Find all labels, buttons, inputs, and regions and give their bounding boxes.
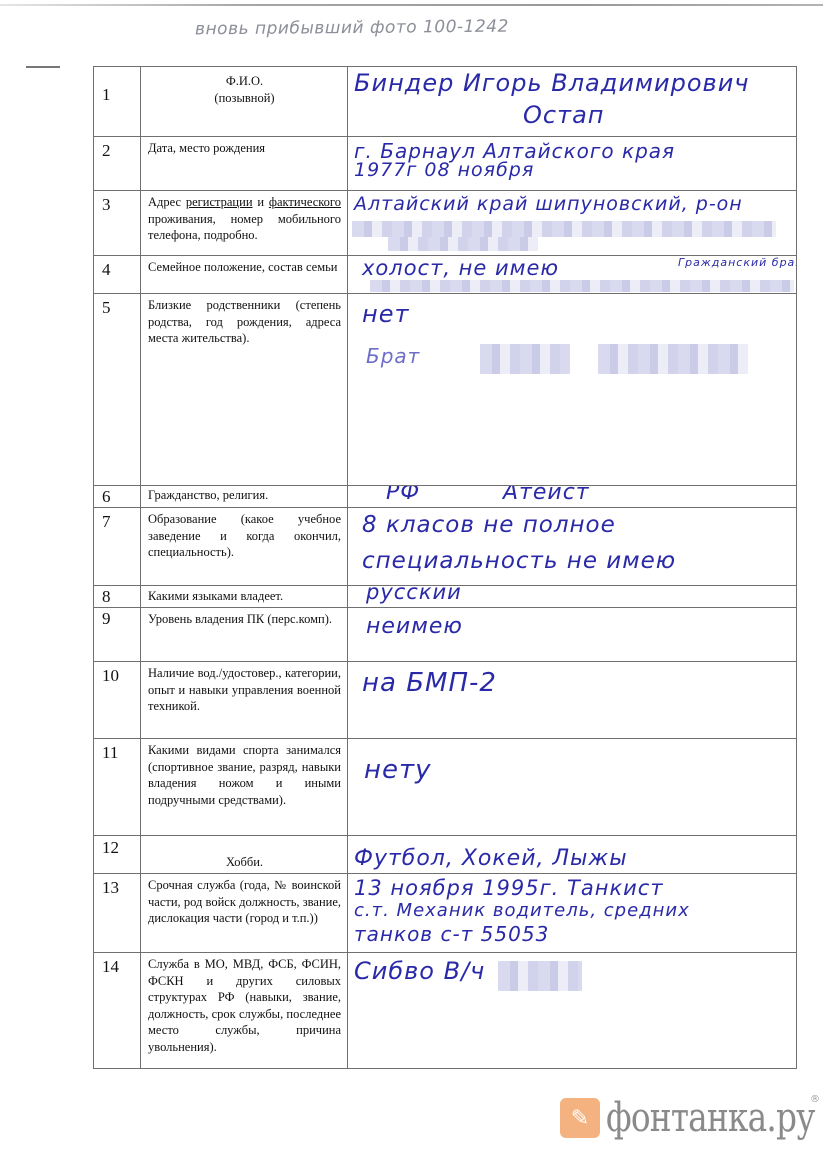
scan-top-edge <box>0 4 823 6</box>
handwritten-answer: с.т. Механик водитель, средних <box>354 900 690 921</box>
redaction-blur <box>498 961 582 991</box>
row-number: 6 <box>94 486 141 508</box>
row-number: 5 <box>94 294 141 486</box>
row-label: Ф.И.О. (позывной) <box>141 67 348 137</box>
handwritten-answer: Остап <box>523 101 604 129</box>
answer-cell: нет Брат <box>348 294 797 486</box>
row-label: Уровень владения ПК (перс.комп). <box>141 608 348 662</box>
row-label: Близкие родственники (степень родства, г… <box>141 294 348 486</box>
table-row: 14 Служба в МО, МВД, ФСБ, ФСИН, ФСКН и д… <box>94 953 797 1069</box>
handwritten-answer: 8 класов не полное <box>362 512 616 538</box>
answer-cell: 13 ноября 1995г. Танкист с.т. Механик во… <box>348 874 797 953</box>
answer-cell: неимею <box>348 608 797 662</box>
answer-cell: Биндер Игорь Владимирович Остап <box>348 67 797 137</box>
row-label: Семейное положение, состав семьи <box>141 256 348 294</box>
redaction-blur <box>370 280 794 292</box>
redaction-blur <box>480 344 570 374</box>
table-row: 1 Ф.И.О. (позывной) Биндер Игорь Владими… <box>94 67 797 137</box>
row-label: Наличие вод./удостовер., категории, опыт… <box>141 662 348 739</box>
handwritten-header-note: вновь прибывший фото 100-1242 <box>195 17 509 40</box>
handwritten-answer: Атеист <box>503 486 590 506</box>
handwritten-answer: танков с-т 55053 <box>354 922 549 946</box>
row-label: Хобби. <box>141 836 348 874</box>
handwritten-answer: Сибво В/ч <box>354 957 485 985</box>
answer-cell: РФ Атеист <box>348 486 797 508</box>
answer-cell: Футбол, Хокей, Лыжы <box>348 836 797 874</box>
label-line: (позывной) <box>148 90 341 107</box>
fontanka-swan-icon: ✎ <box>560 1098 600 1138</box>
table-row: 13 Срочная служба (года, № воинской част… <box>94 874 797 953</box>
table-row: 8 Какими языками владеет. русский <box>94 586 797 608</box>
handwritten-answer: Гражданский брак <box>678 256 797 269</box>
row-label: Срочная служба (года, № воинской части, … <box>141 874 348 953</box>
answer-cell: на БМП-2 <box>348 662 797 739</box>
handwritten-answer: РФ <box>386 486 420 506</box>
handwritten-answer: холост, не имею <box>362 256 559 280</box>
handwritten-answer: нету <box>364 755 432 785</box>
redaction-blur <box>388 237 538 251</box>
table-row: 12 Хобби. Футбол, Хокей, Лыжы <box>94 836 797 874</box>
answer-cell: холост, не имею Гражданский брак <box>348 256 797 294</box>
handwritten-answer: Брат <box>366 344 420 368</box>
answer-cell: русский <box>348 586 797 608</box>
row-number: 13 <box>94 874 141 953</box>
handwritten-answer: на БМП-2 <box>362 668 497 698</box>
questionnaire-table: 1 Ф.И.О. (позывной) Биндер Игорь Владими… <box>93 66 797 1069</box>
row-label: Дата, место рождения <box>141 137 348 191</box>
table-row: 9 Уровень владения ПК (перс.комп). неиме… <box>94 608 797 662</box>
row-label: Образование (какое учебное заведение и к… <box>141 508 348 586</box>
row-number: 4 <box>94 256 141 294</box>
row-label: Служба в МО, МВД, ФСБ, ФСИН, ФСКН и друг… <box>141 953 348 1069</box>
handwritten-answer: 1977г 08 ноября <box>354 159 534 181</box>
redaction-blur <box>352 221 776 237</box>
table-row: 10 Наличие вод./удостовер., категории, о… <box>94 662 797 739</box>
row-number: 12 <box>94 836 141 874</box>
handwritten-answer: специальность не имею <box>362 548 676 574</box>
label-line: Ф.И.О. <box>148 73 341 90</box>
answer-cell: Алтайский край шипуновский, р-он <box>348 191 797 256</box>
answer-cell: 8 класов не полное специальность не имею <box>348 508 797 586</box>
row-label: Адрес регистрации и фактического прожива… <box>141 191 348 256</box>
fontanka-watermark: ✎ фонтанка.ру ® <box>560 1098 823 1138</box>
table-row: 2 Дата, место рождения г. Барнаул Алтайс… <box>94 137 797 191</box>
handwritten-answer: русский <box>366 586 462 605</box>
table-row: 7 Образование (какое учебное заведение и… <box>94 508 797 586</box>
registered-mark: ® <box>810 1094 820 1105</box>
handwritten-answer: неимею <box>366 614 463 639</box>
row-label: Какими языками владеет. <box>141 586 348 608</box>
answer-cell: г. Барнаул Алтайского края 1977г 08 нояб… <box>348 137 797 191</box>
row-label: Какими видами спорта занимался (спортивн… <box>141 739 348 836</box>
handwritten-answer: нет <box>362 300 409 328</box>
answer-cell: нету <box>348 739 797 836</box>
watermark-text: фонтанка.ру <box>606 1098 815 1138</box>
row-number: 10 <box>94 662 141 739</box>
handwritten-answer: Алтайский край шипуновский, р-он <box>354 193 743 215</box>
row-label: Гражданство, религия. <box>141 486 348 508</box>
table-row: 4 Семейное положение, состав семьи холос… <box>94 256 797 294</box>
handwritten-answer: Биндер Игорь Владимирович <box>354 69 749 97</box>
table-row: 6 Гражданство, религия. РФ Атеист <box>94 486 797 508</box>
row-number: 1 <box>94 67 141 137</box>
table-row: 3 Адрес регистрации и фактического прожи… <box>94 191 797 256</box>
handwritten-answer: 13 ноября 1995г. Танкист <box>354 876 664 900</box>
table-row: 11 Какими видами спорта занимался (спорт… <box>94 739 797 836</box>
row-number: 2 <box>94 137 141 191</box>
table-row: 5 Близкие родственники (степень родства,… <box>94 294 797 486</box>
answer-cell: Сибво В/ч <box>348 953 797 1069</box>
row-number: 7 <box>94 508 141 586</box>
margin-dash <box>26 66 60 68</box>
redaction-blur <box>598 344 748 374</box>
row-number: 11 <box>94 739 141 836</box>
handwritten-answer: Футбол, Хокей, Лыжы <box>354 846 628 871</box>
row-number: 8 <box>94 586 141 608</box>
row-number: 14 <box>94 953 141 1069</box>
row-number: 9 <box>94 608 141 662</box>
row-number: 3 <box>94 191 141 256</box>
